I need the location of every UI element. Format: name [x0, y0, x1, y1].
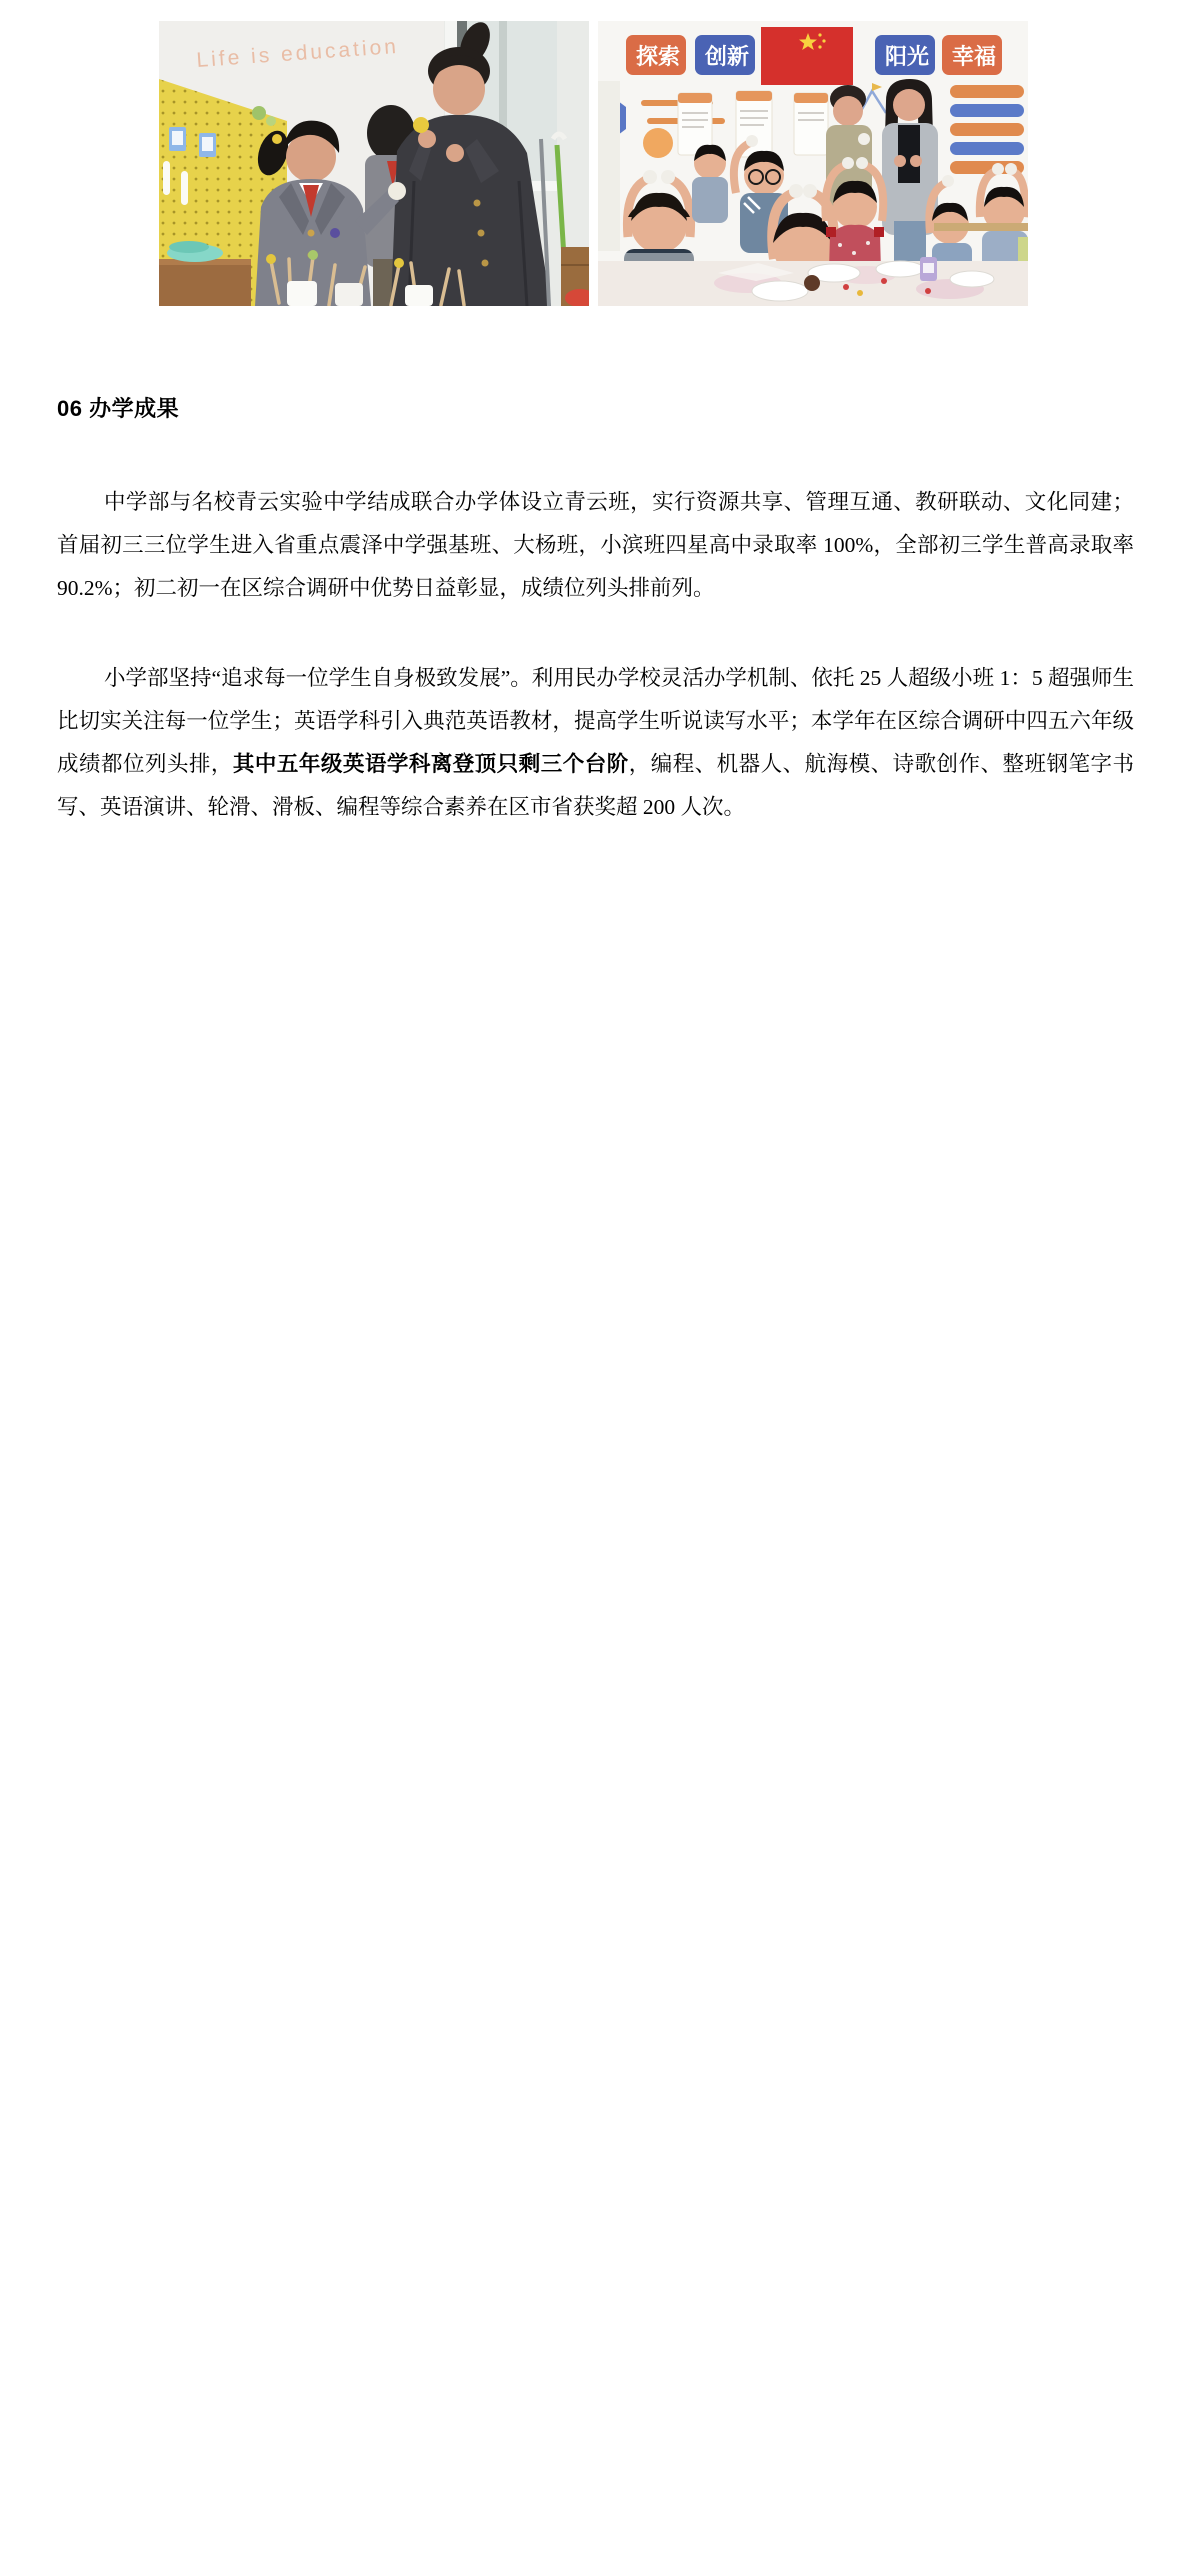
plate-icon	[876, 261, 924, 277]
page: { "document": { "heading": "06 办学成果", "p…	[0, 0, 1191, 2551]
section-heading: 06 办学成果	[57, 395, 179, 422]
right-photo: 探索 创新 阳光 幸福	[598, 21, 1028, 306]
left-photo: Life is education	[159, 21, 589, 306]
banner-xingfu-label: 幸福	[952, 44, 996, 69]
paragraph-primary-school: 小学部坚持“追求每一位学生自身极致发展”。利用民办学校灵活办学机制、依托 25 …	[57, 657, 1134, 829]
adult-sleeve	[598, 81, 620, 251]
cabinet	[561, 247, 589, 306]
shelf	[934, 223, 1028, 231]
plate-icon	[752, 281, 808, 301]
hanging-brush-icon	[163, 161, 170, 195]
plate-icon	[950, 271, 994, 287]
hanging-brush-icon	[181, 171, 188, 205]
activity-table	[598, 257, 1028, 306]
banner-chuangxin-label: 创新	[704, 44, 749, 69]
paragraph-middle-school: 中学部与名校青云实验中学结成联合办学体设立青云班，实行资源共享、管理互通、教研联…	[57, 481, 1134, 610]
paragraph-primary-school-bold-highlight: 其中五年级英语学科离登顶只剩三个台阶	[233, 752, 629, 776]
banner-yangguang-label: 阳光	[885, 44, 929, 69]
child-figure	[692, 145, 728, 223]
photos-row: Life is education	[159, 21, 1028, 306]
banner-tansuo-label: 探索	[636, 44, 680, 69]
